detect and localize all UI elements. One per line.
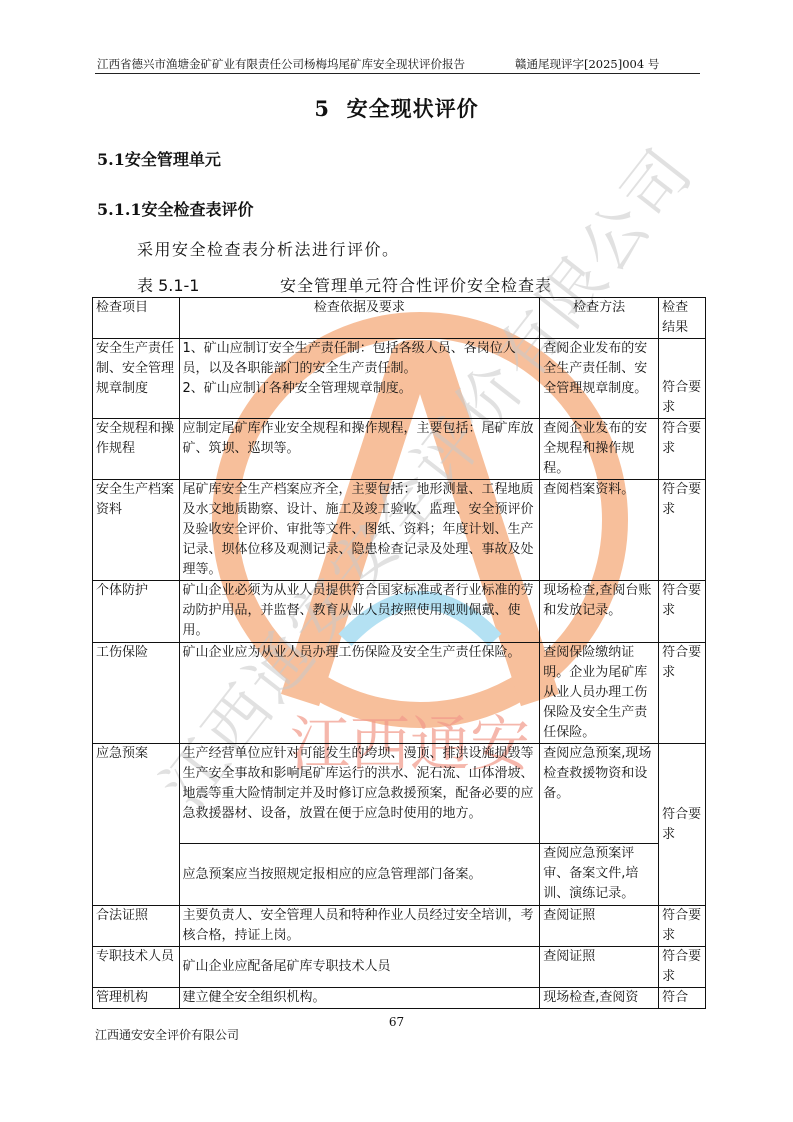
table-row: 安全规程和操作规程 应制定尾矿库作业安全规程和操作规程，主要包括：尾矿库放矿、筑… — [93, 419, 706, 480]
table-number: 表 5.1-1 — [137, 273, 200, 296]
row-item: 合法证照 — [93, 906, 180, 947]
header-item: 检查项目 — [93, 298, 180, 339]
table-row: 安全生产档案资料 尾矿库安全生产档案应齐全，主要包括：地形测量、工程地质及水文地… — [93, 480, 706, 581]
row-method: 现场检查,查阅资 — [540, 988, 659, 1009]
table-row: 个体防护 矿山企业必须为从业人员提供符合国家标准或者行业标准的劳动防护用品，并监… — [93, 581, 706, 643]
row-item: 安全规程和操作规程 — [93, 419, 180, 480]
header-result: 检查 结果 — [659, 298, 706, 339]
footer-company: 江西通安安全评价有限公司 — [95, 1026, 239, 1043]
row-item: 专职技术人员 — [93, 947, 180, 988]
row-requirement: 应制定尾矿库作业安全规程和操作规程，主要包括：尾矿库放矿、筑坝、巡坝等。 — [179, 419, 540, 480]
row-sub-method: 查阅应急预案评审、备案文件,培训、演练记录。 — [540, 844, 659, 906]
row-requirement: 矿山企业应为从业人员办理工伤保险及安全生产责任保险。 — [179, 643, 540, 744]
row-requirement: 建立健全安全组织机构。 — [179, 988, 540, 1009]
subsection-heading: 5.1.1安全检查表评价 — [97, 197, 254, 220]
section-heading: 5.1安全管理单元 — [97, 147, 221, 170]
table-header-row: 检查项目 检查依据及要求 检查方法 检查 结果 — [93, 298, 706, 339]
row-result: 符合要求 — [659, 581, 706, 643]
row-item: 工伤保险 — [93, 643, 180, 744]
table-row: 专职技术人员 矿山企业应配备尾矿库专职技术人员 查阅证照 符合要求 — [93, 947, 706, 988]
report-title: 江西省德兴市渔塘金矿矿业有限责任公司杨梅坞尾矿库安全现状评价报告 — [97, 55, 465, 73]
row-result: 符合要求 — [659, 419, 706, 480]
row-method: 查阅保险缴纳证明。企业为尾矿库从业人员办理工伤保险及安全生产责任保险。 — [540, 643, 659, 744]
safety-checklist-table: 检查项目 检查依据及要求 检查方法 检查 结果 安全生产责任制、安全管理规章制度… — [92, 297, 706, 1009]
header-requirement: 检查依据及要求 — [179, 298, 540, 339]
row-requirement: 尾矿库安全生产档案应齐全，主要包括：地形测量、工程地质及水文地质勘察、设计、施工… — [179, 480, 540, 581]
header-method: 检查方法 — [540, 298, 659, 339]
row-result: 符合要求 — [659, 947, 706, 988]
row-requirement: 生产经营单位应针对可能发生的垮坝、漫顶、排洪设施损毁等生产安全事故和影响尾矿库运… — [179, 744, 540, 844]
row-result: 符合要求 — [659, 906, 706, 947]
row-method: 查阅应急预案,现场检查救援物资和设备。 — [540, 744, 659, 844]
table-row: 安全生产责任制、安全管理规章制度 1、矿山应制订安全生产责任制：包括各级人员、各… — [93, 339, 706, 419]
row-requirement: 主要负责人、安全管理人员和特种作业人员经过安全培训，考核合格，持证上岗。 — [179, 906, 540, 947]
row-item: 管理机构 — [93, 988, 180, 1009]
row-method: 现场检查,查阅台账和发放记录。 — [540, 581, 659, 643]
row-method: 查阅企业发布的安全规程和操作规程。 — [540, 419, 659, 480]
row-result: 符合要求 — [659, 480, 706, 581]
row-item: 安全生产档案资料 — [93, 480, 180, 581]
doc-number: 赣通尾现评字[2025]004 号 — [515, 55, 659, 73]
table-subrow: 应急预案应当按照规定报相应的应急管理部门备案。 查阅应急预案评审、备案文件,培训… — [93, 844, 706, 906]
row-requirement: 矿山企业必须为从业人员提供符合国家标准或者行业标准的劳动防护用品，并监督、教育从… — [179, 581, 540, 643]
table-row: 应急预案 生产经营单位应针对可能发生的垮坝、漫顶、排洪设施损毁等生产安全事故和影… — [93, 744, 706, 844]
row-result: 符合要求 — [659, 744, 706, 906]
row-requirement: 矿山企业应配备尾矿库专职技术人员 — [179, 947, 540, 988]
row-result: 符合要求 — [659, 643, 706, 744]
page-header: 江西省德兴市渔塘金矿矿业有限责任公司杨梅坞尾矿库安全现状评价报告 赣通尾现评字[… — [95, 55, 700, 74]
row-item: 应急预案 — [93, 744, 180, 906]
row-item: 个体防护 — [93, 581, 180, 643]
row-requirement: 1、矿山应制订安全生产责任制：包括各级人员、各岗位人员，以及各职能部门的安全生产… — [179, 339, 540, 419]
row-method: 查阅企业发布的安全生产责任制、安全管理规章制度。 — [540, 339, 659, 419]
row-result: 符合要求 — [659, 339, 706, 419]
row-method: 查阅证照 — [540, 906, 659, 947]
row-method: 查阅档案资料。 — [540, 480, 659, 581]
table-row: 工伤保险 矿山企业应为从业人员办理工伤保险及安全生产责任保险。 查阅保险缴纳证明… — [93, 643, 706, 744]
table-title: 安全管理单元符合性评价安全检查表 — [280, 273, 552, 296]
table-row: 合法证照 主要负责人、安全管理人员和特种作业人员经过安全培训，考核合格，持证上岗… — [93, 906, 706, 947]
row-result: 符合 — [659, 988, 706, 1009]
row-method: 查阅证照 — [540, 947, 659, 988]
table-row: 管理机构 建立健全安全组织机构。 现场检查,查阅资 符合 — [93, 988, 706, 1009]
intro-paragraph: 采用安全检查表分析法进行评价。 — [137, 237, 400, 260]
row-sub-requirement: 应急预案应当按照规定报相应的应急管理部门备案。 — [179, 844, 540, 906]
chapter-title: 5 安全现状评价 — [0, 93, 793, 123]
row-item: 安全生产责任制、安全管理规章制度 — [93, 339, 180, 419]
